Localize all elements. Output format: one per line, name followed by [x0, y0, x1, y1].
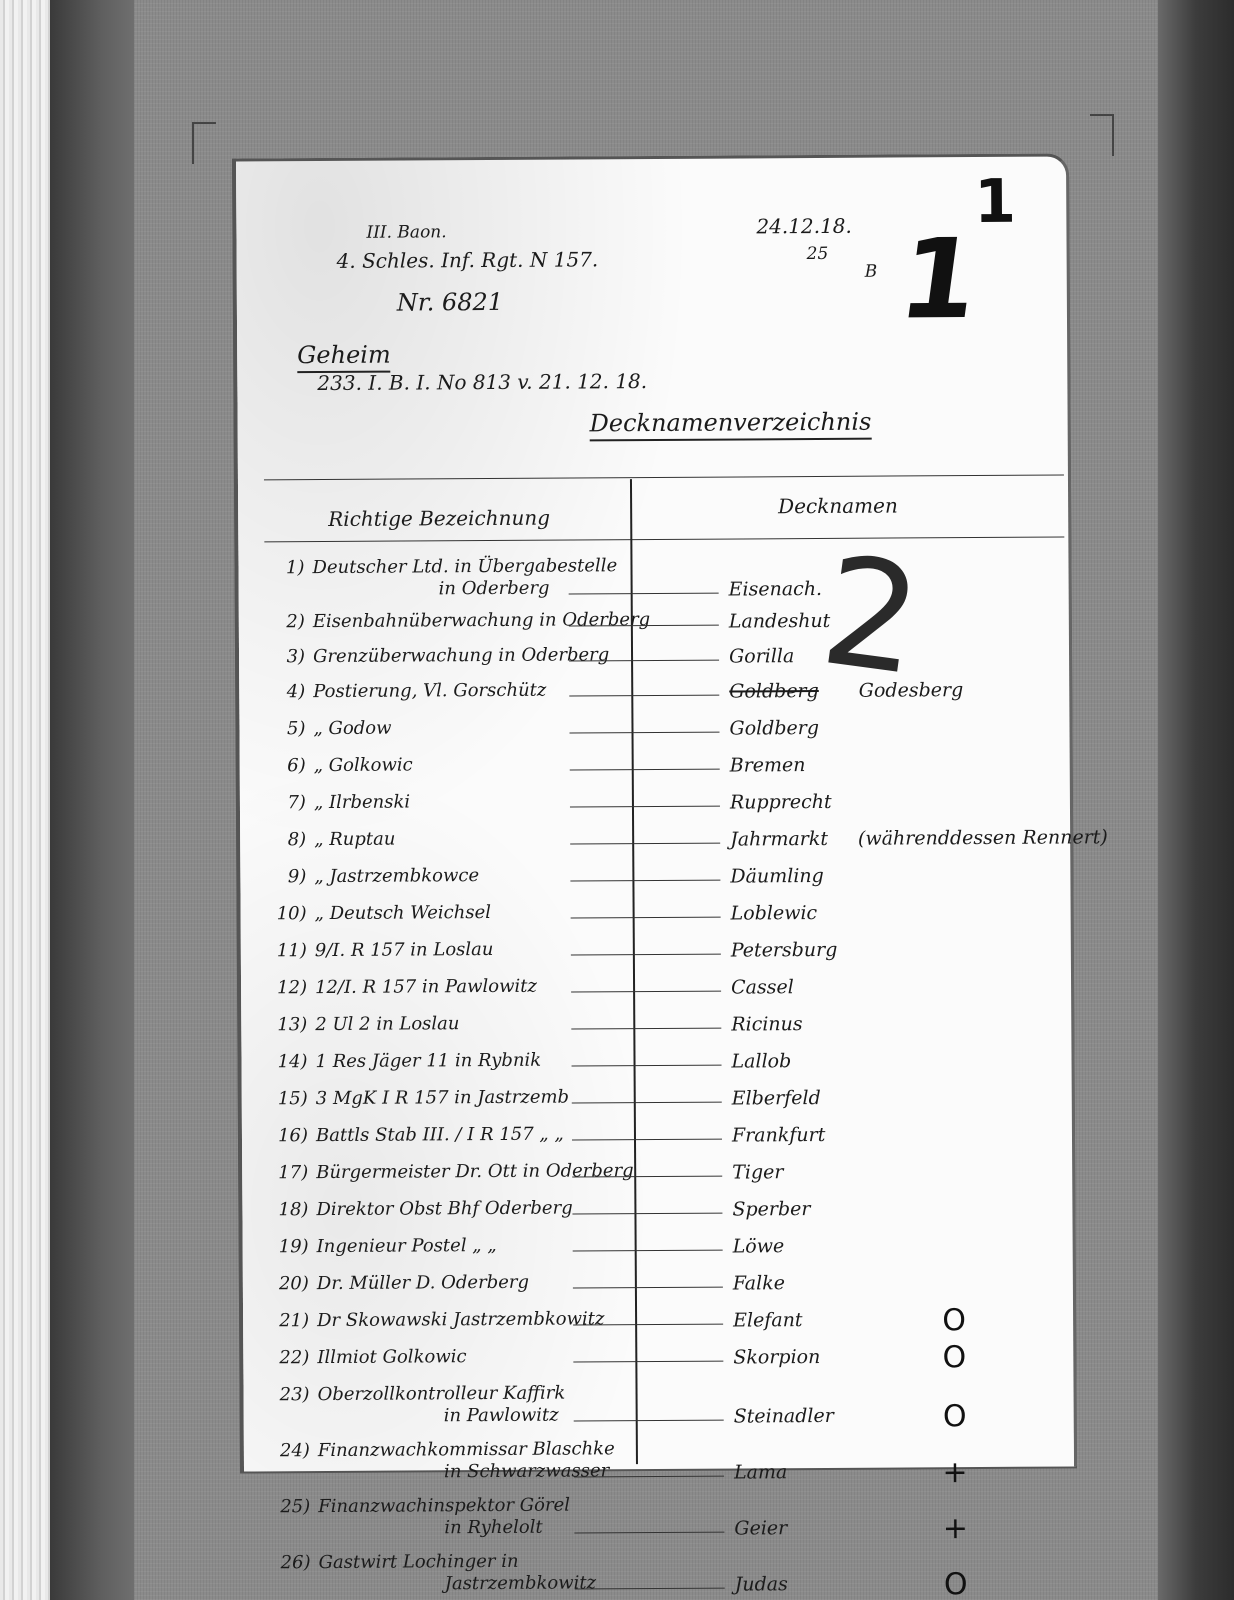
table-row-designation: 17)Bürgermeister Dr. Ott in Oderberg: [268, 1160, 634, 1183]
table-row-codename: Steinadler: [734, 1405, 834, 1428]
row-designation-text: Dr. Müller D. Oderberg: [317, 1272, 529, 1294]
row-number: 2): [265, 611, 305, 632]
row-designation-text: „ Ilrbenski: [314, 791, 410, 813]
table-row-designation: 13)2 Ul 2 in Loslau: [267, 1013, 459, 1035]
table-row-designation: 25)Finanzwachinspektor Görel: [270, 1495, 570, 1518]
row-number: 10): [267, 903, 307, 924]
row-leader-line: [571, 954, 721, 956]
table-row-codename: Landeshut: [729, 610, 831, 633]
table-row-codename: Cassel: [731, 976, 794, 998]
table-row-codename: Elberfeld: [732, 1087, 821, 1110]
table-row-designation: 3)Grenzüberwachung in Oderberg: [265, 644, 609, 667]
row-number: 19): [269, 1236, 309, 1257]
row-leader-line: [572, 1102, 722, 1104]
table-row-designation: 21)Dr Skowawski Jastrzembkowitz: [269, 1308, 605, 1331]
row-designation-text: „ Jastrzembkowce: [314, 865, 479, 887]
table-row-codename: Rupprecht: [730, 791, 832, 814]
row-leader-line: [569, 695, 719, 697]
row-number: 15): [268, 1088, 308, 1109]
row-designation-text: Eisenbahnüberwachung in Oderberg: [313, 609, 650, 632]
table-header-rule: [264, 536, 1064, 542]
table-row-codename: Löwe: [733, 1235, 785, 1257]
circle-mark-icon: O: [941, 1343, 967, 1373]
document-date: 24.12.18.: [756, 214, 852, 239]
table-row-codename: Eisenach.: [729, 578, 823, 601]
table-row-codename: Skorpion: [733, 1346, 820, 1369]
row-number: 3): [265, 646, 305, 667]
table-row-codename: Gorilla: [729, 645, 794, 667]
page-number-corner: 1: [974, 167, 1016, 237]
row-number: 1): [264, 557, 304, 578]
table-row-designation: 15)3 MgK I R 157 in Jastrzemb: [268, 1087, 569, 1110]
row-leader-line: [570, 806, 720, 808]
date-mark: B: [865, 262, 878, 282]
row-designation-text: Deutscher Ltd. in Übergabestelle: [312, 555, 617, 578]
reference-number: Nr. 6821: [397, 288, 503, 317]
table-row-codename: Lama: [734, 1461, 787, 1483]
crop-mark-top-right: [1090, 114, 1114, 156]
row-number: 16): [268, 1125, 308, 1146]
codename-table: 1)Deutscher Ltd. in Übergabestellein Ode…: [236, 156, 1066, 161]
cross-mark-icon: +: [942, 1458, 968, 1488]
table-row-codename: Falke: [733, 1272, 785, 1294]
row-designation-text: „ Godow: [313, 718, 391, 739]
table-row-codename: Petersburg: [731, 939, 838, 962]
table-row-codename: Tiger: [732, 1161, 783, 1183]
row-number: 21): [269, 1310, 309, 1331]
table-row-designation: 10)„ Deutsch Weichsel: [267, 902, 491, 924]
table-row-designation: 7)„ Ilrbenski: [266, 791, 410, 813]
row-number: 7): [266, 792, 306, 813]
row-number: 12): [267, 977, 307, 998]
table-row-codename: Bremen: [730, 754, 806, 776]
circle-mark-icon: O: [943, 1570, 969, 1600]
row-leader-line: [572, 1213, 722, 1215]
row-designation-text: Ingenieur Postel „ „: [317, 1235, 497, 1257]
table-row-codename: Geier: [734, 1517, 787, 1539]
row-number: 11): [267, 940, 307, 961]
scan-shadow-left: [50, 0, 134, 1600]
row-designation-text: Illmiot Golkowic: [317, 1346, 466, 1368]
row-leader-line: [571, 991, 721, 993]
row-designation-text: „ Deutsch Weichsel: [315, 902, 491, 924]
row-number: 5): [265, 718, 305, 739]
row-number: 13): [267, 1014, 307, 1035]
row-leader-line: [573, 1287, 723, 1289]
row-designation-text: Oberzollkontrolleur Kaffirk: [317, 1383, 565, 1406]
table-top-rule: [264, 474, 1064, 480]
row-number: 9): [266, 866, 306, 887]
table-row-designation: 20)Dr. Müller D. Oderberg: [269, 1272, 529, 1295]
table-row-designation: 12)12/I. R 157 in Pawlowitz: [267, 976, 537, 999]
cross-mark-icon: +: [942, 1514, 968, 1544]
row-designation-text: Postierung, Vl. Gorschütz: [313, 680, 546, 702]
table-row-codename: Ricinus: [731, 1013, 802, 1035]
table-row-designation: 23)Oberzollkontrolleur Kaffirk: [269, 1383, 565, 1406]
unit-line-2: 4. Schles. Inf. Rgt. N 157.: [337, 247, 599, 273]
page-number-large: 1: [892, 215, 986, 344]
table-row-designation: 9)„ Jastrzembkowce: [266, 865, 479, 887]
row-number: 17): [268, 1162, 308, 1183]
row-leader-line: [570, 769, 720, 771]
row-leader-line: [570, 732, 720, 734]
row-designation-continuation: Jastrzembkowitz: [445, 1572, 597, 1594]
table-row-designation: 26)Gastwirt Lochinger in: [271, 1551, 519, 1574]
table-row-designation: 4)Postierung, Vl. Gorschütz: [265, 680, 546, 703]
unit-line-1: III. Baon.: [366, 222, 446, 242]
row-designation-text: Dr Skowawski Jastrzembkowitz: [317, 1308, 605, 1331]
circle-mark-icon: O: [942, 1402, 968, 1432]
table-row-designation: 24)Finanzwachkommissar Blaschke: [270, 1438, 615, 1461]
table-row-designation: 11)9/I. R 157 in Loslau: [267, 939, 494, 961]
scan-shadow-right: [1158, 0, 1234, 1600]
table-row-designation: 18)Direktor Obst Bhf Oderberg: [268, 1198, 572, 1221]
row-number: 6): [266, 755, 306, 776]
crop-mark-top-left: [192, 122, 216, 164]
table-row-designation: 5)„ Godow: [265, 718, 391, 740]
row-leader-line: [571, 1028, 721, 1030]
row-leader-line: [571, 917, 721, 919]
row-number: 4): [265, 681, 305, 702]
row-leader-line: [569, 660, 719, 662]
row-designation-text: Grenzüberwachung in Oderberg: [313, 644, 609, 667]
table-row-designation: 22)Illmiot Golkowic: [269, 1346, 466, 1368]
row-leader-line: [572, 1176, 722, 1178]
table-row-codename: Loblewic: [731, 902, 818, 925]
row-designation-text: 3 MgK I R 157 in Jastrzemb: [316, 1087, 569, 1110]
table-row-designation: 6)„ Golkowic: [266, 754, 413, 776]
row-designation-continuation: in Ryhelolt: [444, 1517, 542, 1539]
row-designation-text: 2 Ul 2 in Loslau: [315, 1013, 459, 1035]
table-row-codename: Lallob: [731, 1050, 791, 1072]
row-designation-continuation: in Pawlowitz: [444, 1405, 559, 1427]
row-designation-continuation: in Oderberg: [439, 578, 550, 600]
row-number: 25): [270, 1496, 310, 1517]
row-number: 26): [271, 1552, 311, 1573]
table-row-codename: Sperber: [732, 1198, 810, 1220]
row-number: 20): [269, 1273, 309, 1294]
row-number: 18): [268, 1199, 308, 1220]
row-designation-text: Bürgermeister Dr. Ott in Oderberg: [316, 1160, 634, 1183]
row-leader-line: [570, 843, 720, 845]
row-designation-text: „ Ruptau: [314, 829, 395, 850]
row-designation-text: 1 Res Jäger 11 in Rybnik: [315, 1050, 541, 1072]
row-designation-continuation: in Schwarzwasser: [444, 1460, 609, 1482]
row-designation-text: 12/I. R 157 in Pawlowitz: [315, 976, 537, 998]
row-designation-text: Gastwirt Lochinger in: [319, 1551, 519, 1573]
row-leader-line: [573, 1324, 723, 1326]
row-leader-line: [573, 1361, 723, 1363]
date-sub-number: 25: [807, 244, 829, 264]
row-number: 8): [266, 829, 306, 850]
row-number: 14): [267, 1051, 307, 1072]
row-leader-line: [569, 593, 719, 595]
table-row-codename: Goldberg: [729, 717, 819, 740]
classification-stamp: Geheim: [297, 341, 391, 374]
row-leader-line: [572, 1065, 722, 1067]
column-header-designation: Richtige Bezeichnung: [328, 506, 550, 531]
table-row-codename: Elefant: [733, 1309, 803, 1331]
scan-edge-left: [0, 0, 52, 1600]
codename-note: (währenddessen Rennert): [858, 826, 1108, 850]
table-row-codename: Frankfurt: [732, 1124, 825, 1147]
column-header-codename: Decknamen: [778, 494, 898, 519]
document-title: Decknamenverzeichnis: [590, 408, 872, 442]
table-row-codename: Jahrmarkt(währenddessen Rennert): [730, 826, 1108, 850]
order-reference: 233. I. B. I. No 813 v. 21. 12. 18.: [317, 369, 647, 395]
row-leader-line: [574, 1420, 724, 1422]
table-row-designation: 19)Ingenieur Postel „ „: [269, 1235, 497, 1257]
table-row-designation: 16)Battls Stab III. / I R 157 „ „: [268, 1124, 564, 1147]
row-number: 24): [270, 1440, 310, 1461]
table-row-codename: Däumling: [730, 865, 824, 888]
row-leader-line: [572, 1139, 722, 1141]
row-leader-line: [570, 880, 720, 882]
table-row-designation: 1)Deutscher Ltd. in Übergabestelle: [264, 555, 617, 578]
row-designation-text: 9/I. R 157 in Loslau: [315, 939, 494, 961]
row-designation-text: Direktor Obst Bhf Oderberg: [316, 1198, 572, 1221]
table-row-designation: 2)Eisenbahnüberwachung in Oderberg: [265, 609, 650, 632]
row-designation-text: Finanzwachinspektor Görel: [318, 1495, 570, 1518]
row-number: 22): [269, 1347, 309, 1368]
row-number: 23): [269, 1384, 309, 1405]
row-designation-text: „ Golkowic: [314, 754, 413, 776]
row-designation-text: Finanzwachkommissar Blaschke: [318, 1438, 615, 1461]
row-leader-line: [573, 1250, 723, 1252]
table-row-designation: 8)„ Ruptau: [266, 829, 395, 851]
circle-mark-icon: O: [941, 1306, 967, 1336]
document-sheet: III. Baon. 4. Schles. Inf. Rgt. N 157. N…: [232, 153, 1077, 1471]
table-row-designation: 14)1 Res Jäger 11 in Rybnik: [267, 1050, 541, 1073]
row-designation-text: Battls Stab III. / I R 157 „ „: [316, 1124, 564, 1147]
table-row-codename: Judas: [735, 1573, 788, 1595]
